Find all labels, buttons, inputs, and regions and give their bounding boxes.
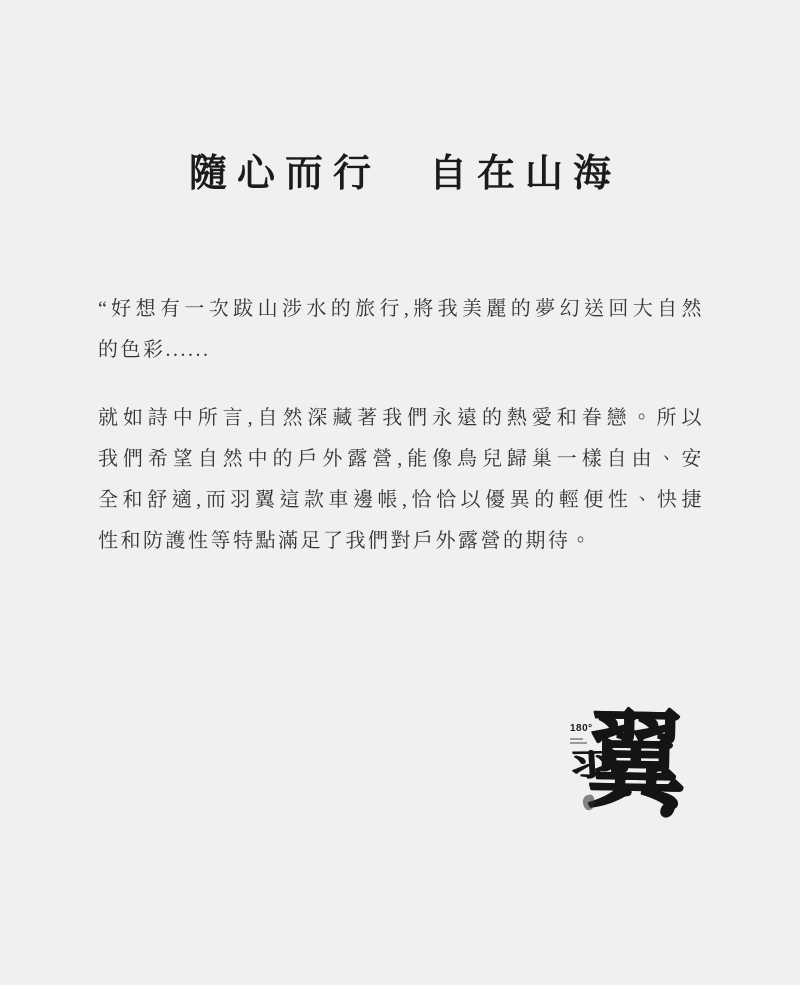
logo-character-yi: 翼 xyxy=(585,708,685,816)
intro-line-2: 的色彩...... xyxy=(98,330,704,371)
description-line-2: 我們希望自然中的戶外露營,能像鳥兒歸巢一樣自由、安 xyxy=(98,439,704,480)
intro-paragraph: “好想有一次跋山涉水的旅行,將我美麗的夢幻送回大自然 的色彩...... xyxy=(98,289,704,371)
description-line-1: 就如詩中所言,自然深藏著我們永遠的熱愛和眷戀。所以 xyxy=(98,398,704,439)
poster-page: 隨心而行 自在山海 “好想有一次跋山涉水的旅行,將我美麗的夢幻送回大自然 的色彩… xyxy=(0,0,800,985)
description-line-4: 性和防護性等特點滿足了我們對戶外露營的期待。 xyxy=(98,521,704,562)
brand-logo: 180° 羽 翼 xyxy=(560,694,700,839)
description-paragraph: 就如詩中所言,自然深藏著我們永遠的熱愛和眷戀。所以 我們希望自然中的戶外露營,能… xyxy=(98,398,704,562)
page-title: 隨心而行 自在山海 xyxy=(0,0,800,199)
description-line-3: 全和舒適,而羽翼這款車邊帳,恰恰以優異的輕便性、快捷 xyxy=(98,480,704,521)
intro-line-1: “好想有一次跋山涉水的旅行,將我美麗的夢幻送回大自然 xyxy=(98,289,704,330)
logo-subtext-lines xyxy=(570,738,587,746)
